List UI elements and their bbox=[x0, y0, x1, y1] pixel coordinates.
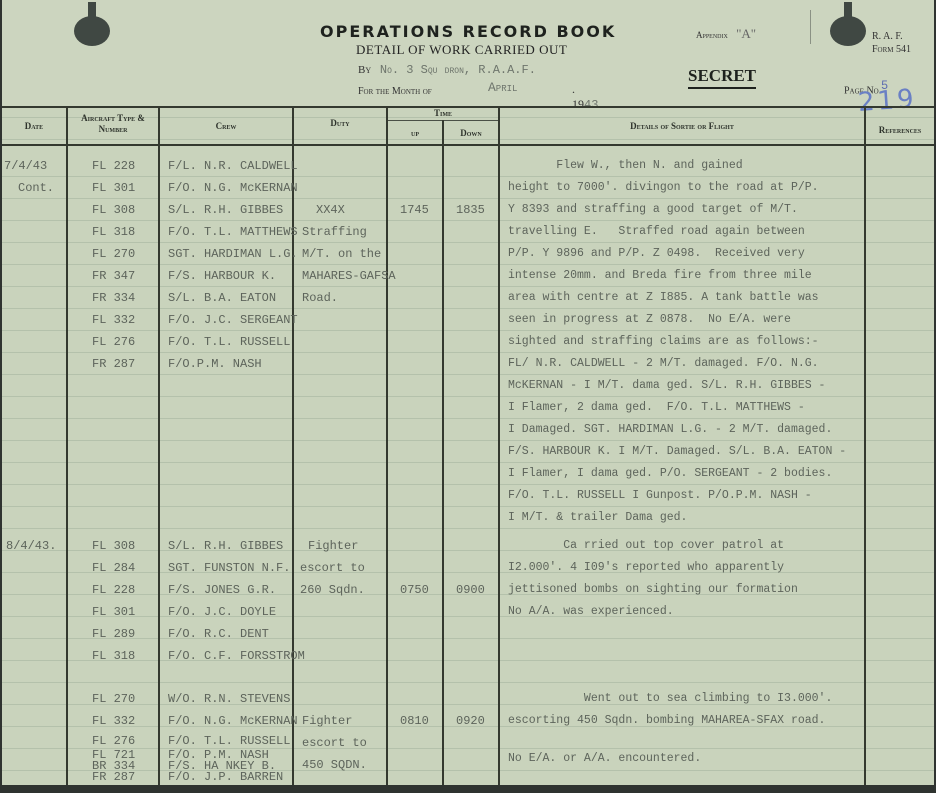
detail-line: I Damaged. SGT. HARDIMAN L.G. - 2 M/T. d… bbox=[508, 419, 846, 441]
form-id: R. A. F. Form 541 bbox=[872, 30, 911, 56]
col-divider-down bbox=[498, 106, 500, 785]
appendix-value: "A" bbox=[736, 26, 756, 41]
crew-member: F/O.P.M. NASH bbox=[168, 353, 298, 375]
detail-line: seen in progress at Z 0878. No E/A. were bbox=[508, 309, 846, 331]
aircraft-item: FL 270 bbox=[92, 688, 135, 710]
aircraft-item: FL 301 bbox=[92, 601, 135, 623]
detail-line: I2.000'. 4 I09's reported who apparently bbox=[508, 557, 798, 579]
month-label: For the Month of bbox=[358, 86, 432, 97]
crew-member: F/S. HARBOUR K. bbox=[168, 265, 298, 287]
detail-line: Ca rried out top cover patrol at bbox=[508, 535, 798, 557]
detail-line: Went out to sea climbing to I3.000'. bbox=[508, 688, 832, 710]
header-duty: Duty bbox=[294, 118, 386, 129]
entry-date: 7/4/43 bbox=[4, 155, 47, 177]
header-time-up: up bbox=[388, 128, 442, 139]
classification-secret: SECRET bbox=[688, 66, 756, 89]
appendix-label: Appendix bbox=[696, 30, 728, 40]
month-line: For the Month of April . 1943. bbox=[358, 86, 432, 97]
aircraft-item: FR 287 bbox=[92, 772, 135, 783]
crew-member: F/O. J.P. BARREN bbox=[168, 772, 298, 783]
year-value: 43. bbox=[584, 98, 606, 112]
aircraft-item: FL 308 bbox=[92, 535, 135, 557]
duty-line: escort to bbox=[302, 732, 367, 754]
aircraft-item: FL 301 bbox=[92, 177, 135, 199]
crew-member: S/L. R.H. GIBBES bbox=[168, 199, 298, 221]
time-down: 1835 bbox=[456, 199, 485, 221]
duty-line: XX4X bbox=[302, 199, 396, 221]
crew-member: W/O. R.N. STEVENS bbox=[168, 688, 298, 710]
detail-line: Flew W., then N. and gained bbox=[508, 155, 846, 177]
detail-line: travelling E. Straffed road again betwee… bbox=[508, 221, 846, 243]
duty-line: MAHARES-GAFSA bbox=[302, 265, 396, 287]
col-divider-aircraft bbox=[158, 106, 160, 785]
aircraft-item: FR 287 bbox=[92, 353, 135, 375]
month-value: April bbox=[488, 80, 517, 95]
crew-member: S/L. R.H. GIBBES bbox=[168, 535, 305, 557]
aircraft-list: FL 270 FL 332 FL 276 FL 721 BR 334 FR 28… bbox=[92, 688, 135, 783]
by-label: By bbox=[358, 64, 371, 76]
record-page: OPERATIONS RECORD BOOK DETAIL OF WORK CA… bbox=[2, 0, 934, 785]
header-date: Date bbox=[2, 121, 66, 132]
col-divider-date bbox=[66, 106, 68, 785]
crew-list: S/L. R.H. GIBBES SGT. FUNSTON N.F. F/S. … bbox=[168, 535, 305, 667]
aircraft-item: FL 284 bbox=[92, 557, 135, 579]
detail-line: F/O. T.L. RUSSELL I Gunpost. P/O.P.M. NA… bbox=[508, 485, 846, 507]
crew-member: F/O. N.G. McKERNAN bbox=[168, 177, 298, 199]
detail-line: intense 20mm. and Breda fire from three … bbox=[508, 265, 846, 287]
crew-member: F/O. N.G. McKERNAN bbox=[168, 710, 298, 732]
crew-member: F/O. J.C. DOYLE bbox=[168, 601, 305, 623]
entry-date-note: Cont. bbox=[18, 177, 54, 199]
header-aircraft: Aircraft Type & Number bbox=[68, 113, 158, 135]
detail-line: I M/T. & trailer Dama ged. bbox=[508, 507, 846, 529]
page-subtitle: DETAIL OF WORK CARRIED OUT bbox=[356, 42, 567, 58]
header-bottom-rule bbox=[2, 144, 934, 146]
aircraft-item: FL 318 bbox=[92, 645, 135, 667]
aircraft-item: FL 270 bbox=[92, 243, 135, 265]
appendix-divider bbox=[810, 10, 811, 44]
duty-text: Fighter escort to 450 SQDN. bbox=[302, 710, 367, 776]
crew-member: F/O. T.L. RUSSELL bbox=[168, 331, 298, 353]
duty-line: M/T. on the bbox=[302, 243, 396, 265]
aircraft-item: FL 228 bbox=[92, 579, 135, 601]
time-up: 1745 bbox=[400, 199, 429, 221]
detail-line bbox=[508, 732, 832, 748]
header-time-down: Down bbox=[444, 128, 498, 139]
crew-member: F/O. C.F. FORSSTROM bbox=[168, 645, 305, 667]
form-line-2: Form 541 bbox=[872, 43, 911, 56]
page-handwritten-number: 219 bbox=[857, 84, 918, 118]
detail-line: height to 7000'. divingon to the road at… bbox=[508, 177, 846, 199]
duty-line: Straffing bbox=[302, 221, 396, 243]
entry-date: 8/4/43. bbox=[6, 535, 56, 557]
detail-line: I Flamer, I dama ged. P/O. SERGEANT - 2 … bbox=[508, 463, 846, 485]
header-details: Details of Sortie or Flight bbox=[500, 121, 864, 132]
header-time: Time bbox=[388, 108, 498, 119]
crew-list: F/L. N.R. CALDWELL F/O. N.G. McKERNAN S/… bbox=[168, 155, 298, 375]
duty-line: 450 SQDN. bbox=[302, 754, 367, 776]
crew-member: F/O. T.L. MATTHEWS bbox=[168, 221, 298, 243]
duty-line: 260 Sqdn. bbox=[300, 579, 365, 601]
sortie-details: Ca rried out top cover patrol at I2.000'… bbox=[508, 535, 798, 623]
detail-line: area with centre at Z I885. A tank battl… bbox=[508, 287, 846, 309]
crew-member: F/S. JONES G.R. bbox=[168, 579, 305, 601]
crew-member: S/L. B.A. EATON bbox=[168, 287, 298, 309]
page-title: OPERATIONS RECORD BOOK bbox=[320, 22, 616, 41]
detail-line: P/P. Y 9896 and P/P. Z 0498. Received ve… bbox=[508, 243, 846, 265]
detail-line: I Flamer, 2 dama ged. F/O. T.L. MATTHEWS… bbox=[508, 397, 846, 419]
crew-member: SGT. HARDIMAN L.G. bbox=[168, 243, 298, 265]
aircraft-item: FL 228 bbox=[92, 155, 135, 177]
aircraft-item: FL 289 bbox=[92, 623, 135, 645]
detail-line: jettisoned bombs on sighting our formati… bbox=[508, 579, 798, 601]
crew-list: W/O. R.N. STEVENS F/O. N.G. McKERNAN F/O… bbox=[168, 688, 298, 783]
duty-line: Fighter bbox=[300, 535, 365, 557]
duty-text: XX4X Straffing M/T. on the MAHARES-GAFSA… bbox=[302, 199, 396, 309]
duty-text: Fighter escort to 260 Sqdn. bbox=[300, 535, 365, 601]
header-crew: Crew bbox=[160, 121, 292, 132]
time-up: 0750 bbox=[400, 579, 429, 601]
punch-hole-left-icon bbox=[74, 16, 110, 46]
duty-line: escort to bbox=[300, 557, 365, 579]
squadron-line: By No. 3 Squ dron, R.A.A.F. bbox=[358, 63, 536, 77]
aircraft-list: FL 228 FL 301 FL 308 FL 318 FL 270 FR 34… bbox=[92, 155, 135, 375]
col-divider-details bbox=[864, 106, 866, 785]
detail-line: sighted and straffing claims are as foll… bbox=[508, 331, 846, 353]
detail-line: escorting 450 Sqdn. bombing MAHAREA-SFAX… bbox=[508, 710, 832, 732]
crew-member: F/O. J.C. SERGEANT bbox=[168, 309, 298, 331]
aircraft-item: FR 334 bbox=[92, 287, 135, 309]
form-line-1: R. A. F. bbox=[872, 30, 911, 43]
sortie-details: Flew W., then N. and gained height to 70… bbox=[508, 155, 846, 529]
punch-hole-right-icon bbox=[830, 16, 866, 46]
aircraft-item: FL 318 bbox=[92, 221, 135, 243]
aircraft-item: FL 308 bbox=[92, 199, 135, 221]
appendix: Appendix "A" bbox=[696, 26, 756, 42]
detail-line: F/S. HARBOUR K. I M/T. Damaged. S/L. B.A… bbox=[508, 441, 846, 463]
time-down: 0900 bbox=[456, 579, 485, 601]
crew-member: F/L. N.R. CALDWELL bbox=[168, 155, 298, 177]
aircraft-item: FL 276 bbox=[92, 331, 135, 353]
aircraft-item: FL 332 bbox=[92, 710, 135, 732]
detail-line: FL/ N.R. CALDWELL - 2 M/T. damaged. F/O.… bbox=[508, 353, 846, 375]
time-down: 0920 bbox=[456, 710, 485, 732]
detail-line: Y 8393 and straffing a good target of M/… bbox=[508, 199, 846, 221]
detail-line: No E/A. or A/A. encountered. bbox=[508, 748, 832, 770]
detail-line: McKERNAN - I M/T. dama ged. S/L. R.H. GI… bbox=[508, 375, 846, 397]
squadron-value: No. 3 Squ dron, R.A.A.F. bbox=[380, 63, 536, 77]
crew-member: SGT. FUNSTON N.F. bbox=[168, 557, 305, 579]
time-up: 0810 bbox=[400, 710, 429, 732]
duty-line: Road. bbox=[302, 287, 396, 309]
duty-line: Fighter bbox=[302, 710, 367, 732]
aircraft-item: FR 347 bbox=[92, 265, 135, 287]
crew-member: F/O. R.C. DENT bbox=[168, 623, 305, 645]
detail-line: No A/A. was experienced. bbox=[508, 601, 798, 623]
col-divider-up bbox=[442, 120, 444, 785]
header-references: References bbox=[866, 125, 934, 136]
aircraft-item: FL 332 bbox=[92, 309, 135, 331]
time-split-rule bbox=[388, 120, 500, 121]
sortie-details: Went out to sea climbing to I3.000'. esc… bbox=[508, 688, 832, 770]
aircraft-list: FL 308 FL 284 FL 228 FL 301 FL 289 FL 31… bbox=[92, 535, 135, 667]
